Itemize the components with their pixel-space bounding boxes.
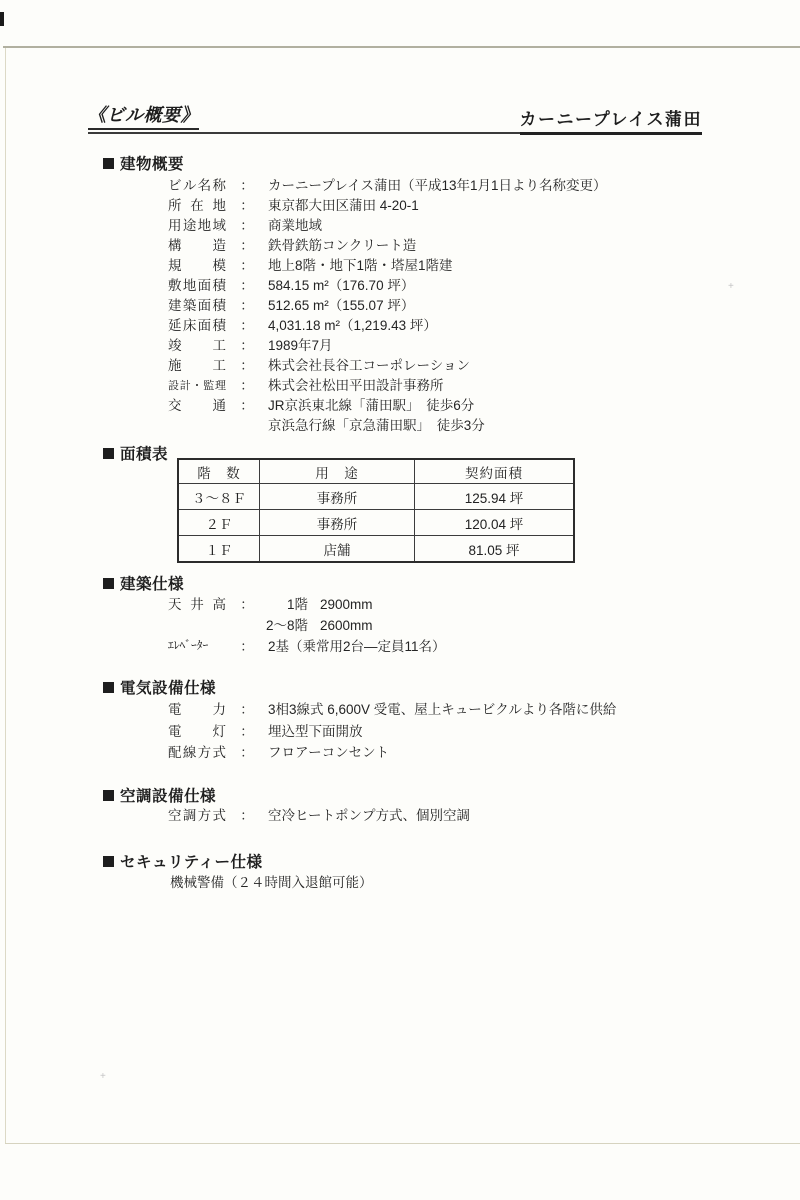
table-cell-use: 事務所 bbox=[260, 510, 415, 536]
security-note: 機械警備（２４時間入退館可能） bbox=[170, 871, 373, 891]
building-name-title: カーニープレイス蒲田 bbox=[520, 105, 702, 135]
field-colon: ： bbox=[226, 742, 268, 764]
field-value: 埋込型下面開放 bbox=[268, 721, 363, 743]
area-table: 階 数 用 途 契約面積 ３～８Ｆ 事務所 125.94 坪 ２Ｆ 事務所 12… bbox=[177, 458, 575, 563]
scan-speck: + bbox=[100, 1072, 106, 1082]
section-heading-security: セキュリティー仕様 bbox=[103, 850, 262, 872]
square-bullet-icon bbox=[103, 578, 114, 589]
section-heading-architecture: 建築仕様 bbox=[103, 572, 184, 594]
table-row: １Ｆ 店舗 81.05 坪 bbox=[178, 536, 574, 563]
field-colon: ： bbox=[226, 636, 268, 657]
scan-edge-mark bbox=[0, 12, 4, 26]
field-row: 竣工：1989年7月 bbox=[168, 336, 607, 356]
paper-bottom-edge bbox=[5, 1143, 800, 1144]
field-row: 天井高：1階2900mm bbox=[168, 594, 446, 615]
hvac-fields: 空調方式：空冷ヒートポンプ方式、個別空調 bbox=[168, 806, 470, 826]
field-row: 規模：地上8階・地下1階・塔屋1階建 bbox=[168, 256, 607, 276]
table-cell-use: 店舗 bbox=[260, 536, 415, 563]
field-label: 施工 bbox=[168, 356, 226, 376]
section-heading-label: 空調設備仕様 bbox=[120, 784, 216, 806]
field-value: 512.65 m²（155.07 坪） bbox=[268, 296, 414, 316]
field-value: 1989年7月 bbox=[268, 336, 333, 356]
building-overview-fields: ビル名称：カーニープレイス蒲田（平成13年1月1日より名称変更） 所在地：東京都… bbox=[168, 176, 607, 436]
field-row: ビル名称：カーニープレイス蒲田（平成13年1月1日より名称変更） bbox=[168, 176, 607, 196]
field-value: 商業地域 bbox=[268, 216, 322, 236]
field-row: 所在地：東京都大田区蒲田 4-20-1 bbox=[168, 196, 607, 216]
table-header-cell: 用 途 bbox=[260, 459, 415, 484]
floor-range: 1階 bbox=[246, 594, 308, 615]
square-bullet-icon bbox=[103, 682, 114, 693]
field-row: 施工：株式会社長谷工コーポレーション bbox=[168, 356, 607, 376]
ceiling-height-row: 1階2900mm bbox=[246, 594, 373, 615]
square-bullet-icon bbox=[103, 158, 114, 169]
field-label: 設計・監理 bbox=[168, 376, 226, 396]
field-row: 建築面積：512.65 m²（155.07 坪） bbox=[168, 296, 607, 316]
field-label-empty bbox=[168, 416, 226, 436]
field-colon: ： bbox=[226, 356, 268, 376]
ceiling-height-value: 2600mm bbox=[320, 615, 373, 636]
field-value: 584.15 m²（176.70 坪） bbox=[268, 276, 414, 296]
field-colon: ： bbox=[226, 699, 268, 721]
field-label: 交通 bbox=[168, 396, 226, 416]
scanned-document-page: { "punct": {"colon": "："}, "header": { "… bbox=[0, 0, 800, 1200]
field-row: 配線方式：フロアーコンセント bbox=[168, 742, 616, 764]
field-row: 電灯：埋込型下面開放 bbox=[168, 721, 616, 743]
table-cell-area: 81.05 坪 bbox=[415, 536, 575, 563]
paper-left-edge bbox=[5, 48, 6, 1143]
field-row: 延床面積：4,031.18 m²（1,219.43 坪） bbox=[168, 316, 607, 336]
field-label: ｴﾚﾍﾞｰﾀｰ bbox=[168, 636, 226, 657]
table-cell-floor: ３～８Ｆ bbox=[178, 484, 260, 510]
field-colon: ： bbox=[226, 376, 268, 396]
field-label: 構造 bbox=[168, 236, 226, 256]
field-colon: ： bbox=[226, 396, 268, 416]
field-label: 建築面積 bbox=[168, 296, 226, 316]
square-bullet-icon bbox=[103, 790, 114, 801]
field-label: 電力 bbox=[168, 699, 226, 721]
field-value: 株式会社松田平田設計事務所 bbox=[268, 376, 444, 396]
field-label: 用途地域 bbox=[168, 216, 226, 236]
table-cell-area: 125.94 坪 bbox=[415, 484, 575, 510]
field-value: 4,031.18 m²（1,219.43 坪） bbox=[268, 316, 437, 336]
field-label: 延床面積 bbox=[168, 316, 226, 336]
field-colon: ： bbox=[226, 256, 268, 276]
field-row: ｴﾚﾍﾞｰﾀｰ：2基（乗常用2台—定員11名） bbox=[168, 636, 446, 657]
field-value: 鉄骨鉄筋コンクリート造 bbox=[268, 236, 416, 256]
ceiling-height-row: 2～8階2600mm bbox=[246, 615, 373, 636]
section-heading-label: 建築仕様 bbox=[120, 572, 184, 594]
field-label: 竣工 bbox=[168, 336, 226, 356]
table-header-cell: 契約面積 bbox=[415, 459, 575, 484]
field-row-continuation: 京浜急行線「京急蒲田駅」 徒歩3分 bbox=[168, 416, 607, 436]
field-label: ビル名称 bbox=[168, 176, 226, 196]
field-colon: ： bbox=[226, 236, 268, 256]
field-value: 2基（乗常用2台—定員11名） bbox=[268, 636, 446, 657]
field-row: 空調方式：空冷ヒートポンプ方式、個別空調 bbox=[168, 806, 470, 826]
field-label: 電灯 bbox=[168, 721, 226, 743]
section-heading-hvac: 空調設備仕様 bbox=[103, 784, 216, 806]
field-label-empty bbox=[168, 615, 226, 636]
field-colon: ： bbox=[226, 216, 268, 236]
field-colon: ： bbox=[226, 721, 268, 743]
field-colon: ： bbox=[226, 296, 268, 316]
field-colon: ： bbox=[226, 276, 268, 296]
field-value: JR京浜東北線「蒲田駅」 徒歩6分 bbox=[268, 396, 474, 416]
square-bullet-icon bbox=[103, 448, 114, 459]
field-label: 所在地 bbox=[168, 196, 226, 216]
table-cell-floor: １Ｆ bbox=[178, 536, 260, 563]
field-value: 株式会社長谷工コーポレーション bbox=[268, 356, 470, 376]
architecture-fields: 天井高：1階2900mm 2～8階2600mm ｴﾚﾍﾞｰﾀｰ：2基（乗常用2台… bbox=[168, 594, 446, 657]
table-row: ３～８Ｆ 事務所 125.94 坪 bbox=[178, 484, 574, 510]
table-row: ２Ｆ 事務所 120.04 坪 bbox=[178, 510, 574, 536]
field-label: 天井高 bbox=[168, 594, 226, 615]
section-heading-label: 建物概要 bbox=[120, 152, 184, 174]
table-header-cell: 階 数 bbox=[178, 459, 260, 484]
field-value: カーニープレイス蒲田（平成13年1月1日より名称変更） bbox=[268, 176, 607, 196]
field-colon-empty bbox=[226, 416, 268, 436]
section-heading-electrical: 電気設備仕様 bbox=[103, 676, 216, 698]
electrical-fields: 電力：3相3線式 6,600V 受電、屋上キュービクルより各階に供給 電灯：埋込… bbox=[168, 699, 616, 764]
field-row: 構造：鉄骨鉄筋コンクリート造 bbox=[168, 236, 607, 256]
ceiling-height-value: 2900mm bbox=[320, 594, 373, 615]
field-value: 3相3線式 6,600V 受電、屋上キュービクルより各階に供給 bbox=[268, 699, 616, 721]
table-header-row: 階 数 用 途 契約面積 bbox=[178, 459, 574, 484]
field-value: 地上8階・地下1階・塔屋1階建 bbox=[268, 256, 453, 276]
field-colon: ： bbox=[226, 196, 268, 216]
table-cell-floor: ２Ｆ bbox=[178, 510, 260, 536]
paper-top-edge bbox=[3, 46, 800, 48]
document-header: 《ビル概要》 カーニープレイス蒲田 bbox=[88, 101, 702, 134]
field-label: 規模 bbox=[168, 256, 226, 276]
field-colon: ： bbox=[226, 176, 268, 196]
field-value: 京浜急行線「京急蒲田駅」 徒歩3分 bbox=[268, 416, 485, 436]
field-label: 敷地面積 bbox=[168, 276, 226, 296]
field-colon: ： bbox=[226, 806, 268, 826]
scan-speck: + bbox=[728, 282, 734, 292]
section-heading-label: セキュリティー仕様 bbox=[120, 850, 262, 872]
field-row: 敷地面積：584.15 m²（176.70 坪） bbox=[168, 276, 607, 296]
field-colon: ： bbox=[226, 336, 268, 356]
floor-range: 2～8階 bbox=[246, 615, 308, 636]
section-heading-area-table: 面積表 bbox=[103, 442, 168, 464]
field-label: 空調方式 bbox=[168, 806, 226, 826]
field-value: 東京都大田区蒲田 4-20-1 bbox=[268, 196, 419, 216]
field-row: 設計・監理：株式会社松田平田設計事務所 bbox=[168, 376, 607, 396]
document-title: 《ビル概要》 bbox=[88, 101, 199, 130]
field-colon: ： bbox=[226, 316, 268, 336]
field-row: 電力：3相3線式 6,600V 受電、屋上キュービクルより各階に供給 bbox=[168, 699, 616, 721]
table-cell-use: 事務所 bbox=[260, 484, 415, 510]
section-heading-label: 面積表 bbox=[120, 442, 168, 464]
section-heading-building-overview: 建物概要 bbox=[103, 152, 184, 174]
table-cell-area: 120.04 坪 bbox=[415, 510, 575, 536]
field-row-continuation: 2～8階2600mm bbox=[168, 615, 446, 636]
section-heading-label: 電気設備仕様 bbox=[120, 676, 216, 698]
square-bullet-icon bbox=[103, 856, 114, 867]
field-row: 用途地域：商業地域 bbox=[168, 216, 607, 236]
field-value: 空冷ヒートポンプ方式、個別空調 bbox=[268, 806, 470, 826]
field-value: フロアーコンセント bbox=[268, 742, 389, 764]
field-label: 配線方式 bbox=[168, 742, 226, 764]
field-row: 交通：JR京浜東北線「蒲田駅」 徒歩6分 bbox=[168, 396, 607, 416]
